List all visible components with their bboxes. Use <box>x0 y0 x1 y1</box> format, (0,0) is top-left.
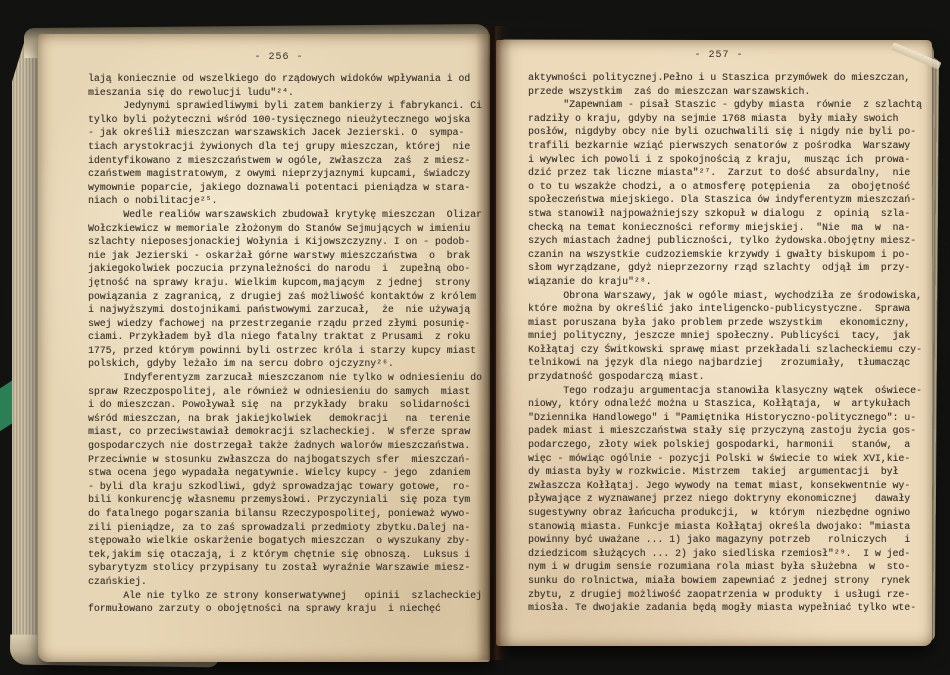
right-page-text: aktywności politycznej.Pełno i u Staszic… <box>528 71 922 615</box>
open-book-photo: - 256 - lają koniecznie od wszelkiego do… <box>0 0 950 675</box>
left-page: - 256 - lają koniecznie od wszelkiego do… <box>38 34 490 662</box>
left-page-text: lają koniecznie od wszelkiego do rządowy… <box>88 72 482 616</box>
right-page-number: - 257 - <box>528 50 910 61</box>
left-page-number: - 256 - <box>88 52 470 63</box>
right-page: - 257 - aktywności politycznej.Pełno i u… <box>496 40 932 646</box>
